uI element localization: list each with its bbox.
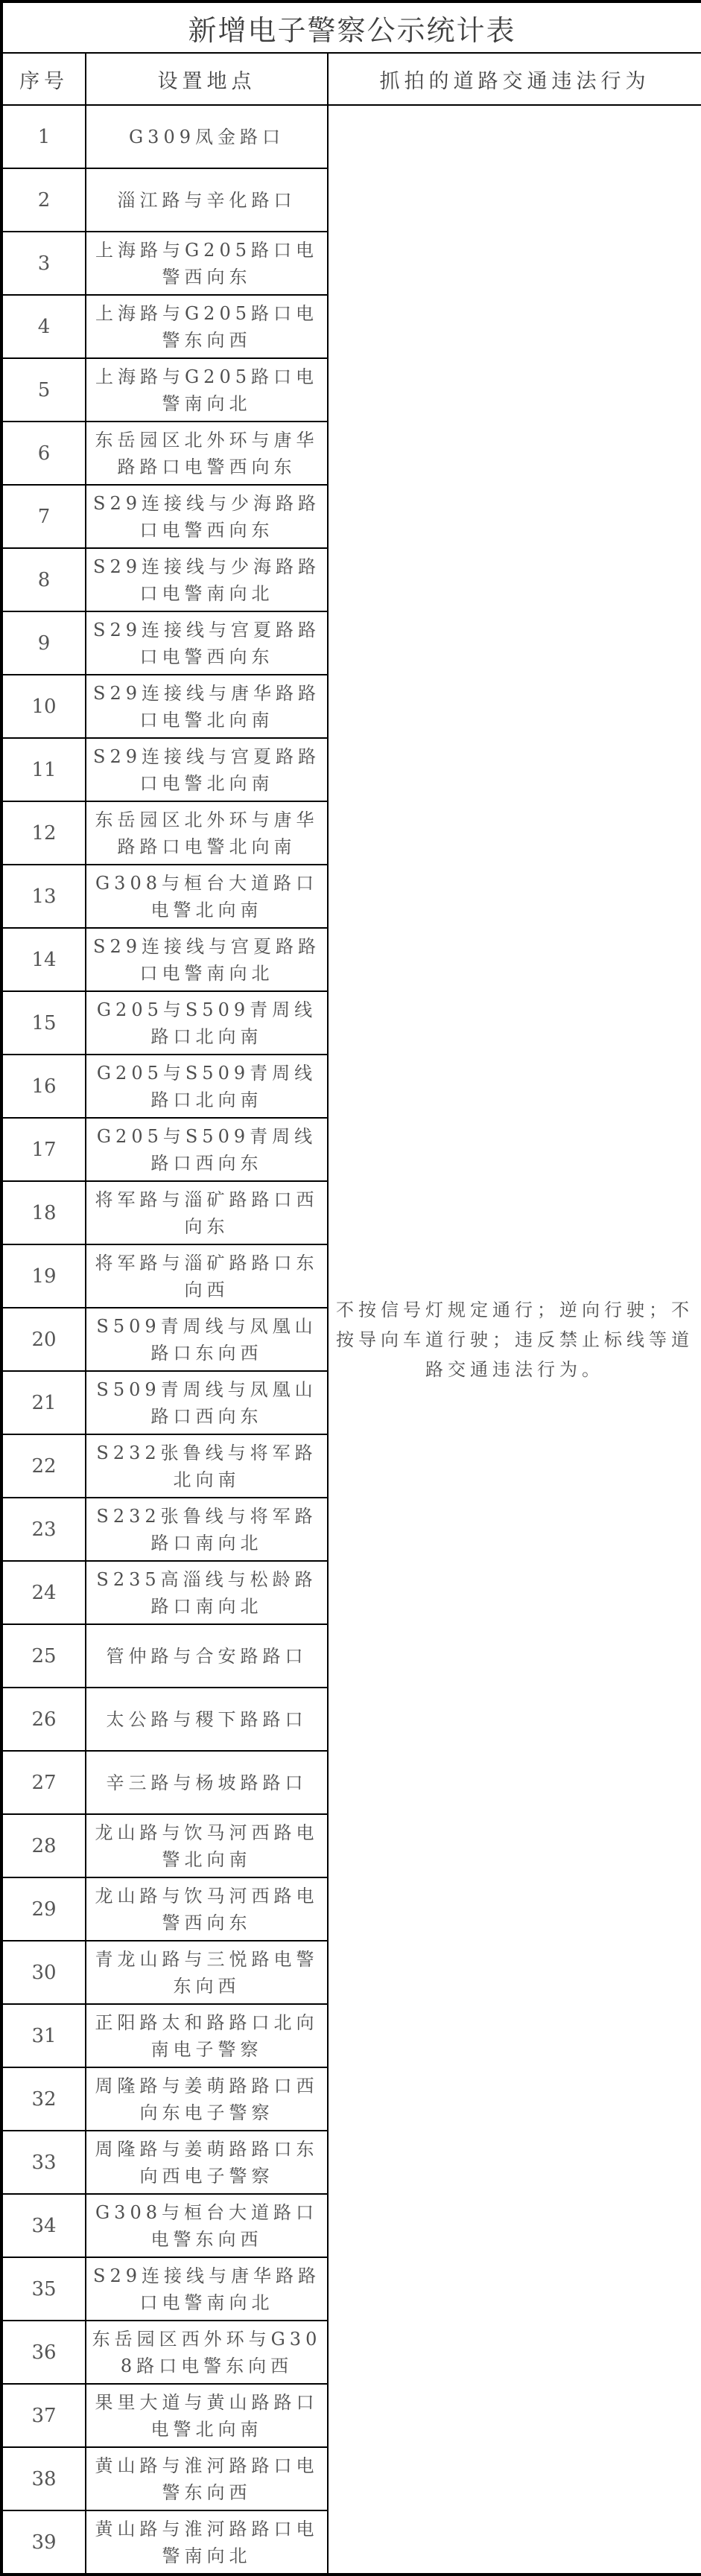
row-number-cell: 36 xyxy=(1,2321,86,2384)
row-location-cell: G308与桓台大道路口电警东向西 xyxy=(86,2194,328,2257)
row-location-cell: S29连接线与宫夏路路口电警南向北 xyxy=(86,928,328,991)
row-number-cell: 25 xyxy=(1,1624,86,1688)
row-number-cell: 29 xyxy=(1,1877,86,1941)
row-number-cell: 23 xyxy=(1,1498,86,1561)
row-number-cell: 10 xyxy=(1,675,86,738)
row-location-cell: 黄山路与淮河路路口电警东向西 xyxy=(86,2447,328,2510)
row-number-cell: 9 xyxy=(1,611,86,675)
violations-merged-cell: 不按信号灯规定通行；逆向行驶；不按导向车道行驶；违反禁止标线等道路交通违法行为。 xyxy=(328,105,701,2575)
row-location-cell: 正阳路太和路路口北向南电子警察 xyxy=(86,2004,328,2067)
row-location-cell: 青龙山路与三悦路电警东向西 xyxy=(86,1941,328,2004)
row-number-cell: 13 xyxy=(1,865,86,928)
new-electronic-police-statistics-table: 新增电子警察公示统计表 序号 设置地点 抓拍的道路交通违法行为 1G309凤金路… xyxy=(0,0,701,2576)
row-number-cell: 31 xyxy=(1,2004,86,2067)
row-location-cell: 管仲路与合安路路口 xyxy=(86,1624,328,1688)
row-location-cell: G205与S509青周线路口北向南 xyxy=(86,1055,328,1118)
row-location-cell: 龙山路与饮马河西路电警西向东 xyxy=(86,1877,328,1941)
row-location-cell: S29连接线与唐华路路口电警北向南 xyxy=(86,675,328,738)
row-location-cell: 上海路与G205路口电警南向北 xyxy=(86,358,328,422)
row-location-cell: 周隆路与姜萌路路口东向西电子警察 xyxy=(86,2131,328,2194)
table-title-row: 新增电子警察公示统计表 xyxy=(1,1,701,53)
row-number-cell: 26 xyxy=(1,1688,86,1751)
row-number-cell: 14 xyxy=(1,928,86,991)
row-location-cell: S29连接线与少海路路口电警南向北 xyxy=(86,548,328,611)
row-number-cell: 37 xyxy=(1,2384,86,2447)
row-number-cell: 17 xyxy=(1,1118,86,1181)
row-location-cell: 上海路与G205路口电警东向西 xyxy=(86,295,328,358)
row-location-cell: S29连接线与宫夏路路口电警西向东 xyxy=(86,611,328,675)
row-number-cell: 5 xyxy=(1,358,86,422)
row-number-cell: 1 xyxy=(1,105,86,168)
row-location-cell: G309凤金路口 xyxy=(86,105,328,168)
row-location-cell: 东岳园区北外环与唐华路路口电警北向南 xyxy=(86,801,328,865)
row-number-cell: 39 xyxy=(1,2510,86,2575)
row-number-cell: 19 xyxy=(1,1244,86,1308)
row-location-cell: S29连接线与唐华路路口电警南向北 xyxy=(86,2257,328,2321)
row-location-cell: S29连接线与少海路路口电警西向东 xyxy=(86,485,328,548)
row-location-cell: 东岳园区西外环与G308路口电警东向西 xyxy=(86,2321,328,2384)
column-header-index: 序号 xyxy=(1,53,86,105)
row-number-cell: 12 xyxy=(1,801,86,865)
row-location-cell: 龙山路与饮马河西路电警北向南 xyxy=(86,1814,328,1877)
row-number-cell: 22 xyxy=(1,1434,86,1498)
row-location-cell: 上海路与G205路口电警西向东 xyxy=(86,232,328,295)
row-number-cell: 4 xyxy=(1,295,86,358)
table-body: 1G309凤金路口不按信号灯规定通行；逆向行驶；不按导向车道行驶；违反禁止标线等… xyxy=(1,105,701,2575)
row-location-cell: 淄江路与辛化路口 xyxy=(86,168,328,232)
row-location-cell: 将军路与淄矿路路口东向西 xyxy=(86,1244,328,1308)
row-number-cell: 24 xyxy=(1,1561,86,1624)
row-number-cell: 32 xyxy=(1,2067,86,2131)
row-number-cell: 27 xyxy=(1,1751,86,1814)
row-location-cell: G308与桓台大道路口电警北向南 xyxy=(86,865,328,928)
row-number-cell: 3 xyxy=(1,232,86,295)
row-location-cell: S232张鲁线与将军路路口南向北 xyxy=(86,1498,328,1561)
column-header-violations: 抓拍的道路交通违法行为 xyxy=(328,53,701,105)
row-location-cell: S232张鲁线与将军路北向南 xyxy=(86,1434,328,1498)
row-location-cell: 太公路与稷下路路口 xyxy=(86,1688,328,1751)
table-header-row: 序号 设置地点 抓拍的道路交通违法行为 xyxy=(1,53,701,105)
row-number-cell: 30 xyxy=(1,1941,86,2004)
row-number-cell: 20 xyxy=(1,1308,86,1371)
row-number-cell: 16 xyxy=(1,1055,86,1118)
row-number-cell: 34 xyxy=(1,2194,86,2257)
row-number-cell: 35 xyxy=(1,2257,86,2321)
row-location-cell: 果里大道与黄山路路口电警北向南 xyxy=(86,2384,328,2447)
row-location-cell: S509青周线与凤凰山路口东向西 xyxy=(86,1308,328,1371)
row-location-cell: G205与S509青周线路口北向南 xyxy=(86,991,328,1055)
row-number-cell: 33 xyxy=(1,2131,86,2194)
table-title: 新增电子警察公示统计表 xyxy=(1,1,701,53)
row-location-cell: S29连接线与宫夏路路口电警北向南 xyxy=(86,738,328,801)
row-number-cell: 28 xyxy=(1,1814,86,1877)
row-number-cell: 7 xyxy=(1,485,86,548)
column-header-location: 设置地点 xyxy=(86,53,328,105)
table-row: 1G309凤金路口不按信号灯规定通行；逆向行驶；不按导向车道行驶；违反禁止标线等… xyxy=(1,105,701,168)
row-number-cell: 8 xyxy=(1,548,86,611)
row-number-cell: 21 xyxy=(1,1371,86,1434)
row-location-cell: 辛三路与杨坡路路口 xyxy=(86,1751,328,1814)
row-number-cell: 15 xyxy=(1,991,86,1055)
row-location-cell: 黄山路与淮河路路口电警南向北 xyxy=(86,2510,328,2575)
row-location-cell: 东岳园区北外环与唐华路路口电警西向东 xyxy=(86,422,328,485)
row-number-cell: 11 xyxy=(1,738,86,801)
row-location-cell: S509青周线与凤凰山路口西向东 xyxy=(86,1371,328,1434)
row-number-cell: 18 xyxy=(1,1181,86,1244)
row-location-cell: 将军路与淄矿路路口西向东 xyxy=(86,1181,328,1244)
row-number-cell: 2 xyxy=(1,168,86,232)
row-location-cell: S235高淄线与松龄路路口南向北 xyxy=(86,1561,328,1624)
row-location-cell: 周隆路与姜萌路路口西向东电子警察 xyxy=(86,2067,328,2131)
row-location-cell: G205与S509青周线路口西向东 xyxy=(86,1118,328,1181)
row-number-cell: 6 xyxy=(1,422,86,485)
row-number-cell: 38 xyxy=(1,2447,86,2510)
